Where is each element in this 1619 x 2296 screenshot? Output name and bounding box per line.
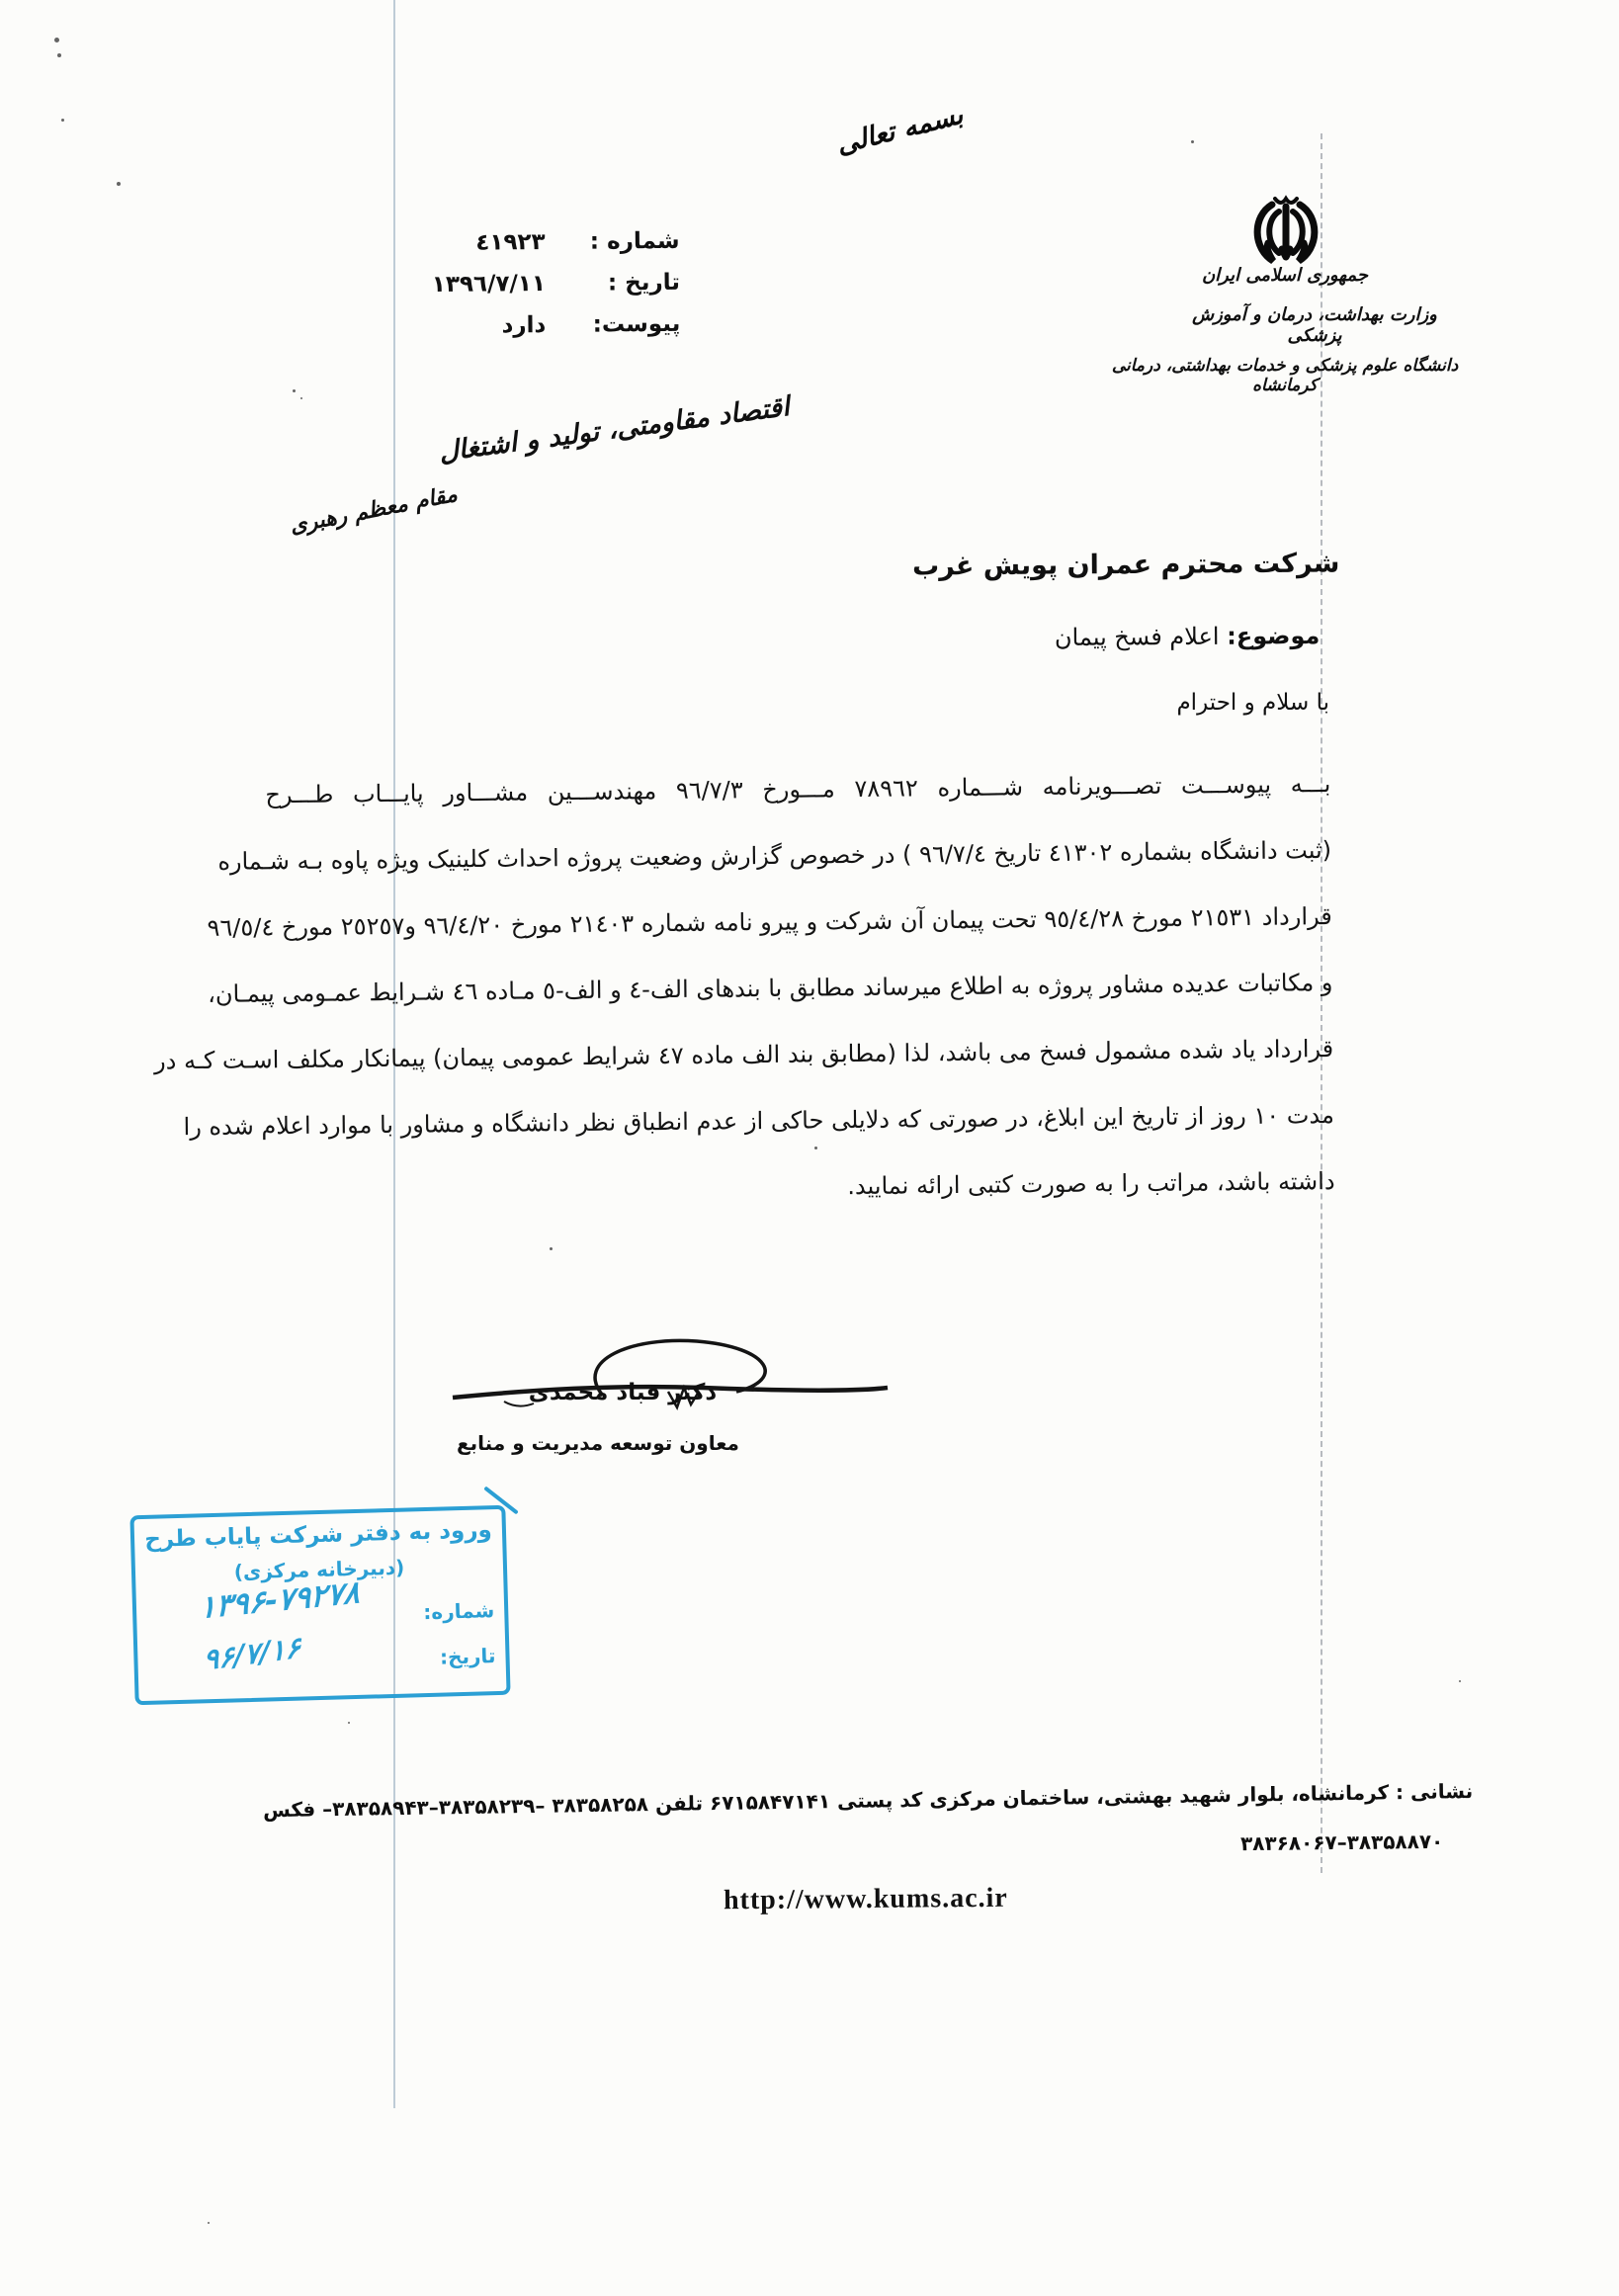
slogan-handwriting: اقتصاد مقاومتی، تولید و اشتغال	[425, 391, 792, 469]
body-line: مدت ١٠ روز از تاریخ این ابلاغ، در صورتی …	[269, 1082, 1335, 1159]
footer-address-line: نشانی : کرمانشاه، بلوار شهید بهشتی، ساخت…	[263, 1779, 1473, 1822]
receipt-stamp: ورود به دفتر شرکت پایاب طرح (دبیرخانه مر…	[129, 1505, 510, 1706]
meta-date-value: ١٣٩٦/٧/١١	[432, 271, 546, 298]
meta-number-label: شماره :	[588, 228, 679, 255]
salutation-line: با سلام و احترام	[1176, 690, 1329, 716]
letterhead-university: دانشگاه علوم پزشکی و خدمات بهداشتی، درما…	[1087, 356, 1483, 395]
besmele-calligraphy: بسمه تعالی	[833, 100, 966, 161]
body-line: داشته باشد، مراتب را به صورت کتبی ارائه …	[269, 1148, 1335, 1226]
letter-body: بـــه پیوســـت تصـــویرنامه شـــماره ٧٨٩…	[265, 751, 1335, 1226]
meta-number-row: شماره : ٤١٩٢٣	[414, 228, 679, 272]
scanned-letter-page: بسمه تعالی جمهوری اسلامی ایران وزارت بهد…	[0, 0, 1619, 2296]
meta-attachment-row: پیوست: دارد	[415, 311, 680, 355]
meta-attachment-value: دارد	[501, 312, 546, 338]
meta-attachment-label: پیوست:	[589, 311, 680, 338]
meta-date-row: تاریخ : ١٣٩٦/٧/١١	[415, 270, 680, 313]
footer-phone-line: ۳۸۳۵۸۸۷۰–۳۸۳۶۸۰۶۷	[1240, 1829, 1444, 1855]
stamp-date-label: تاریخ:	[440, 1644, 496, 1669]
stamp-date-handwritten: ۹۶/۷/۱۶	[203, 1630, 300, 1676]
subject-line: موضوع: اعلام فسخ پیمان	[1055, 622, 1321, 651]
body-line: قرارداد ٢١٥٣١ مورخ ٩٥/٤/٢٨ تحت پیمان آن …	[266, 884, 1332, 961]
letterhead-ministry: وزارت بهداشت، درمان و آموزش پزشکی	[1171, 304, 1458, 346]
meta-date-label: تاریخ :	[589, 270, 680, 297]
recipient-line: شرکت محترم عمران پویش غرب	[911, 548, 1339, 581]
stamp-title: ورود به دفتر شرکت پایاب طرح	[134, 1517, 503, 1553]
iran-emblem-icon	[1244, 192, 1327, 271]
body-line: و مکاتبات عدیده مشاور پروژه به اطلاع میر…	[267, 950, 1333, 1027]
body-line: بـــه پیوســـت تصـــویرنامه شـــماره ٧٨٩…	[265, 751, 1331, 828]
letter-meta-block: شماره : ٤١٩٢٣ تاریخ : ١٣٩٦/٧/١١ پیوست: د…	[414, 228, 680, 355]
website-url: http://www.kums.ac.ir	[724, 1883, 1008, 1917]
body-line: قرارداد یاد شده مشمول فسخ می باشد، لذا (…	[268, 1016, 1334, 1093]
meta-number-value: ٤١٩٢٣	[475, 229, 545, 256]
subject-label: موضوع:	[1227, 622, 1320, 650]
slogan-attribution-handwriting: مقام معظم رهبری	[288, 482, 459, 539]
stamp-number-label: شماره:	[423, 1598, 495, 1624]
signer-name: دکتر قباد محمدی	[499, 1380, 746, 1405]
letterhead-country: جمهوری اسلامی ایران	[1191, 265, 1379, 286]
body-line: (ثبت دانشگاه بشماره ٤١٣٠٢ تاریخ ٩٦/٧/٤ )…	[266, 817, 1332, 894]
signer-title: معاون توسعه مدیریت و منابع	[457, 1431, 739, 1455]
subject-value: اعلام فسخ پیمان	[1055, 623, 1220, 651]
